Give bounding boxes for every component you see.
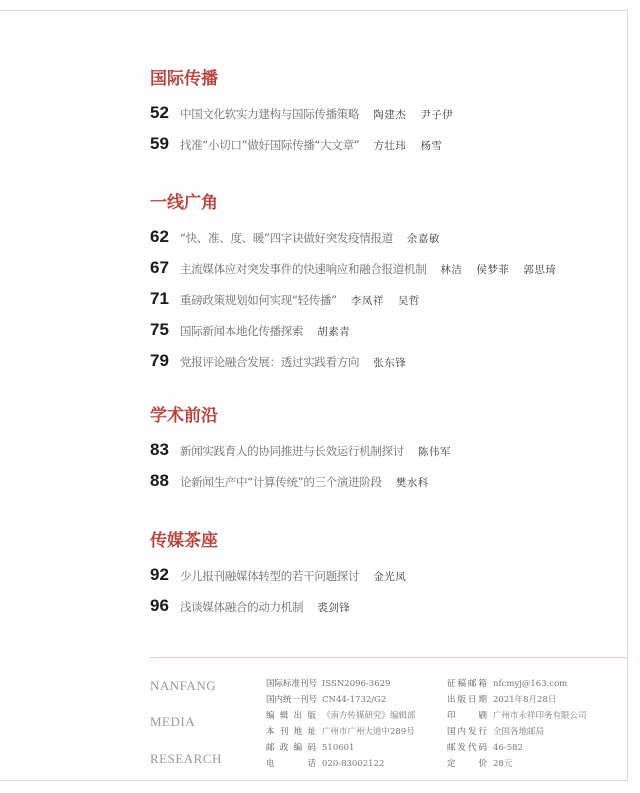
- article-authors: 胡素青: [317, 324, 364, 339]
- info-row-phone: 电 话020-83002122: [266, 756, 416, 772]
- article-authors: 陶建杰尹子伊: [373, 107, 467, 122]
- page-number: 52: [150, 103, 180, 123]
- toc-entry[interactable]: 75 国际新闻本地化传播探索 胡素青: [150, 320, 570, 340]
- toc-entry[interactable]: 62 “快、准、度、暖”四字诀做好突发疫情报道 余嘉敏: [150, 227, 570, 247]
- publication-info-left: 国际标准刊号ISSN2096-3629 国内统一刊号CN44-1732/G2 编…: [266, 676, 416, 772]
- brand-research: RESEARCH: [150, 751, 222, 767]
- info-row-postcode: 邮政编码510601: [266, 740, 416, 756]
- toc-entry[interactable]: 83 新闻实践育人的协同推进与长效运行机制探讨 陈伟军: [150, 440, 465, 460]
- section-media-teahouse: 传媒茶座 92 少儿报刊融媒体转型的若干问题探讨 金光凤 96 浅谈媒体融合的动…: [150, 530, 420, 616]
- section-title: 一线广角: [150, 192, 570, 214]
- article-authors: 樊水科: [396, 475, 443, 490]
- page-number: 67: [150, 258, 180, 278]
- page-number: 88: [150, 471, 180, 491]
- page-number: 75: [150, 320, 180, 340]
- toc-entry[interactable]: 96 浅谈媒体融合的动力机制 裘剑锋: [150, 596, 420, 616]
- section-title: 学术前沿: [150, 405, 465, 427]
- page-number: 83: [150, 440, 180, 460]
- page-number: 79: [150, 351, 180, 371]
- article-title: 浅谈媒体融合的动力机制: [180, 599, 303, 615]
- page-number: 59: [150, 134, 180, 154]
- article-title: 找准“小切口”做好国际传播“大文章”: [180, 137, 359, 153]
- section-title: 国际传播: [150, 68, 467, 90]
- section-title: 传媒茶座: [150, 530, 420, 552]
- article-authors: 张东锋: [373, 355, 420, 370]
- section-academic-frontier: 学术前沿 83 新闻实践育人的协同推进与长效运行机制探讨 陈伟军 88 论新闻生…: [150, 405, 465, 491]
- page-number: 92: [150, 565, 180, 585]
- article-title: 重磅政策规划如何实现“轻传播”: [180, 292, 337, 308]
- article-authors: 林洁侯梦菲郭思琦: [440, 262, 570, 277]
- article-title: 论新闻生产中“计算传统”的三个演进阶段: [180, 474, 382, 490]
- section-frontline: 一线广角 62 “快、准、度、暖”四字诀做好突发疫情报道 余嘉敏 67 主流媒体…: [150, 192, 570, 371]
- article-title: 少儿报刊融媒体转型的若干问题探讨: [180, 568, 359, 584]
- page-number: 62: [150, 227, 180, 247]
- info-row-address: 本刊地址广州市广州大道中289号: [266, 724, 416, 740]
- article-authors: 余嘉敏: [407, 231, 454, 246]
- article-title: 中国文化软实力建构与国际传播策略: [180, 106, 359, 122]
- article-authors: 陈伟军: [418, 444, 465, 459]
- toc-entry[interactable]: 88 论新闻生产中“计算传统”的三个演进阶段 樊水科: [150, 471, 465, 491]
- email-link[interactable]: nfcmyj@163.com: [493, 676, 567, 692]
- article-title: 新闻实践育人的协同推进与长效运行机制探讨: [180, 443, 404, 459]
- article-title: “快、准、度、暖”四字诀做好突发疫情报道: [180, 230, 393, 246]
- info-row-date: 出版日期2021年8月28日: [447, 692, 587, 708]
- info-row-issn: 国际标准刊号ISSN2096-3629: [266, 676, 416, 692]
- info-row-distribution: 国内发行全国各地邮局: [447, 724, 587, 740]
- article-authors: 金光凤: [373, 569, 420, 584]
- article-title: 国际新闻本地化传播探索: [180, 323, 303, 339]
- footer-divider: [150, 657, 627, 658]
- toc-entry[interactable]: 92 少儿报刊融媒体转型的若干问题探讨 金光凤: [150, 565, 420, 585]
- toc-entry[interactable]: 79 党报评论融合发展：透过实践看方向 张东锋: [150, 351, 570, 371]
- page-number: 96: [150, 596, 180, 616]
- publication-info-right: 征稿邮箱nfcmyj@163.com 出版日期2021年8月28日 印 刷广州市…: [447, 676, 587, 772]
- info-row-postal-code: 邮发代码46-582: [447, 740, 587, 756]
- article-authors: 李凤祥吴哲: [351, 293, 434, 308]
- article-authors: 裘剑锋: [317, 600, 364, 615]
- info-row-printer: 印 刷广州市永祥印务有限公司: [447, 708, 587, 724]
- article-title: 主流媒体应对突发事件的快速响应和融合报道机制: [180, 261, 426, 277]
- info-row-email: 征稿邮箱nfcmyj@163.com: [447, 676, 587, 692]
- article-title: 党报评论融合发展：透过实践看方向: [180, 354, 359, 370]
- article-authors: 方壮玮杨雪: [373, 138, 456, 153]
- brand-nanfang: NANFANG: [150, 678, 216, 694]
- page-number: 71: [150, 289, 180, 309]
- section-international-communication: 国际传播 52 中国文化软实力建构与国际传播策略 陶建杰尹子伊 59 找准“小切…: [150, 68, 467, 154]
- info-row-cn: 国内统一刊号CN44-1732/G2: [266, 692, 416, 708]
- toc-entry[interactable]: 71 重磅政策规划如何实现“轻传播” 李凤祥吴哲: [150, 289, 570, 309]
- brand-media: MEDIA: [150, 714, 195, 730]
- toc-entry[interactable]: 67 主流媒体应对突发事件的快速响应和融合报道机制 林洁侯梦菲郭思琦: [150, 258, 570, 278]
- toc-entry[interactable]: 52 中国文化软实力建构与国际传播策略 陶建杰尹子伊: [150, 103, 467, 123]
- info-row-price: 定 价28元: [447, 756, 587, 772]
- toc-entry[interactable]: 59 找准“小切口”做好国际传播“大文章” 方壮玮杨雪: [150, 134, 467, 154]
- info-row-editor: 编辑出版《南方传媒研究》编辑部: [266, 708, 416, 724]
